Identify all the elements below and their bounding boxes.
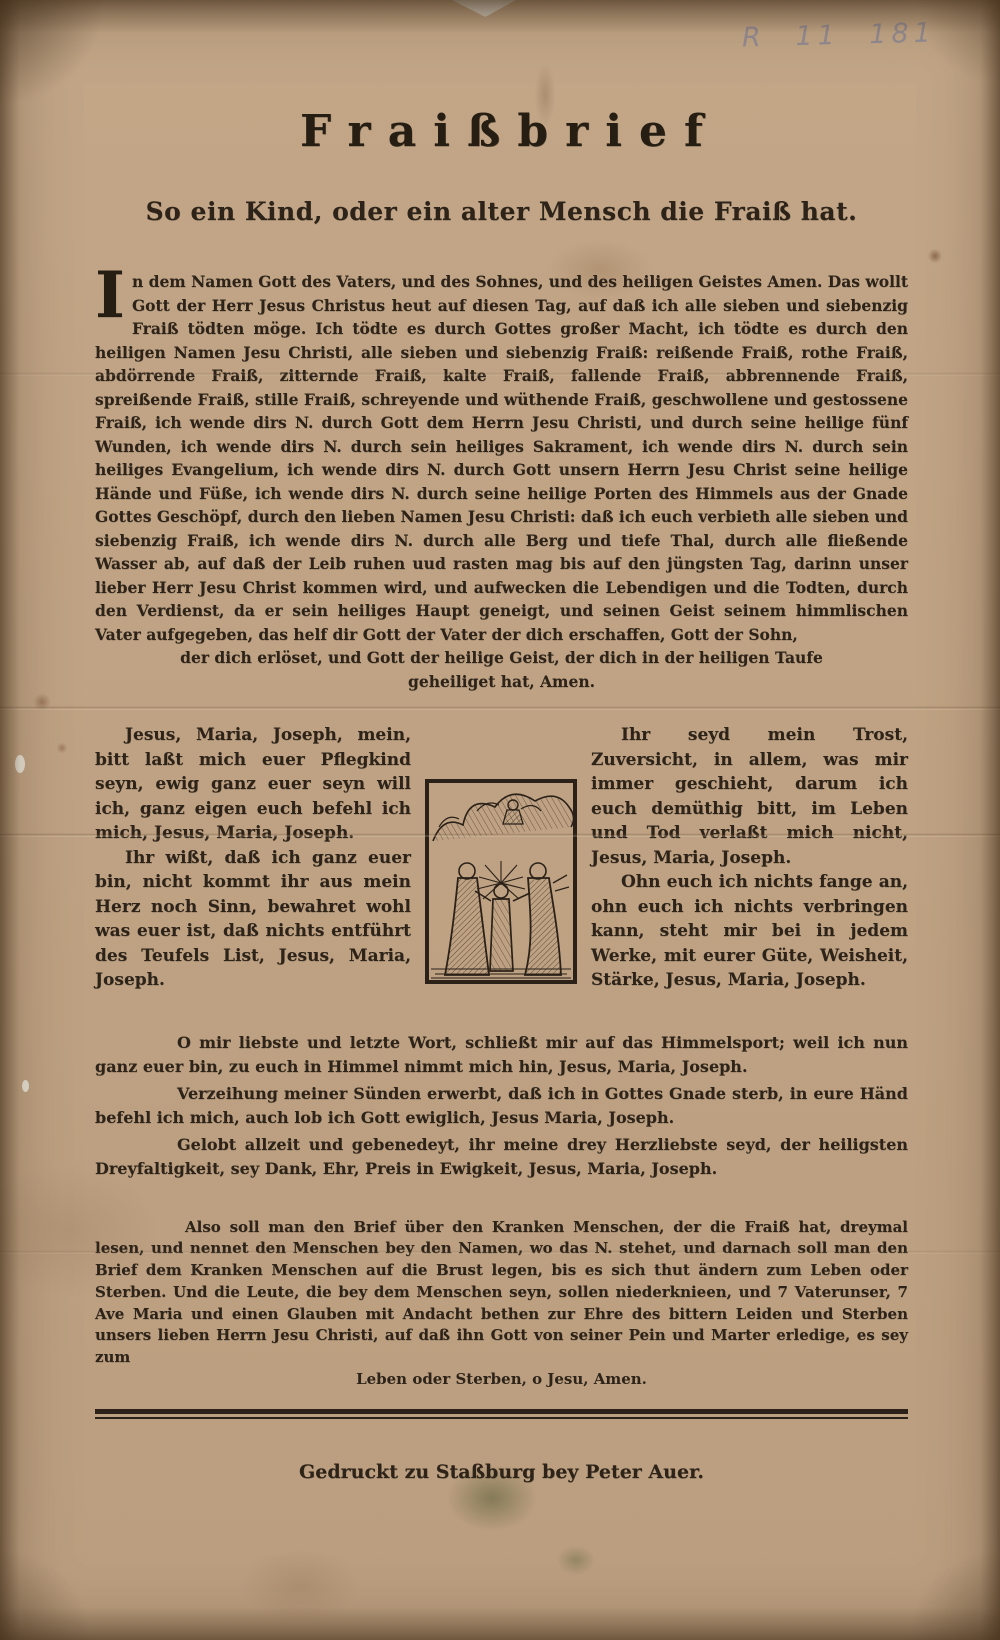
stanza: Verzeihung meiner Sünden erwerbt, daß ic…	[95, 1082, 908, 1130]
stanza: Gelobt allzeit und gebenedeyt, ihr meine…	[95, 1133, 908, 1181]
right-prayer-column: Ihr seyd mein Trost, Zuversicht, in alle…	[591, 723, 908, 993]
usage-instructions-closing: Leben oder Sterben, o Jesu, Amen.	[95, 1369, 908, 1391]
paper-fleck	[22, 1080, 29, 1092]
document-title: Fraißbrief	[95, 106, 908, 157]
drop-cap-initial: I	[95, 270, 132, 320]
archive-shelfmark: R 11 181	[742, 17, 937, 53]
stanza: O mir liebste und letzte Wort, schließt …	[95, 1031, 908, 1079]
paper-fleck	[15, 755, 25, 773]
left-column-stanza: Jesus, Maria, Joseph, mein, bitt laßt mi…	[95, 723, 411, 846]
main-prayer-text: n dem Namen Gott des Vaters, und des Soh…	[95, 272, 908, 644]
holy-family-woodcut	[425, 723, 577, 993]
usage-instructions-text: Also soll man den Brief über den Kranken…	[95, 1217, 908, 1370]
stanza-section: O mir liebste und letzte Wort, schließt …	[95, 1031, 908, 1181]
document-subtitle: So ein Kind, oder ein alter Mensch die F…	[95, 197, 908, 226]
left-prayer-column: Jesus, Maria, Joseph, mein, bitt laßt mi…	[95, 723, 411, 993]
bottom-rule	[95, 1409, 908, 1419]
right-column-stanza: Ohn euch ich nichts fange an, ohn euch i…	[591, 870, 908, 993]
left-column-stanza: Ihr wißt, daß ich ganz euer bin, nicht k…	[95, 846, 411, 993]
main-prayer-closing: der dich erlöset, und Gott der heilige G…	[172, 646, 832, 693]
printer-imprint: Gedruckt zu Staßburg bey Peter Auer.	[95, 1461, 908, 1483]
usage-instructions: Also soll man den Brief über den Kranken…	[95, 1217, 908, 1370]
two-column-prayer-section: Jesus, Maria, Joseph, mein, bitt laßt mi…	[95, 723, 908, 993]
main-prayer-paragraph: In dem Namen Gott des Vaters, und des So…	[95, 270, 908, 646]
scanned-broadside-page: R 11 181 Fraißbrief So ein Kind, oder ei…	[0, 0, 1000, 1640]
right-column-stanza: Ihr seyd mein Trost, Zuversicht, in alle…	[591, 723, 908, 870]
